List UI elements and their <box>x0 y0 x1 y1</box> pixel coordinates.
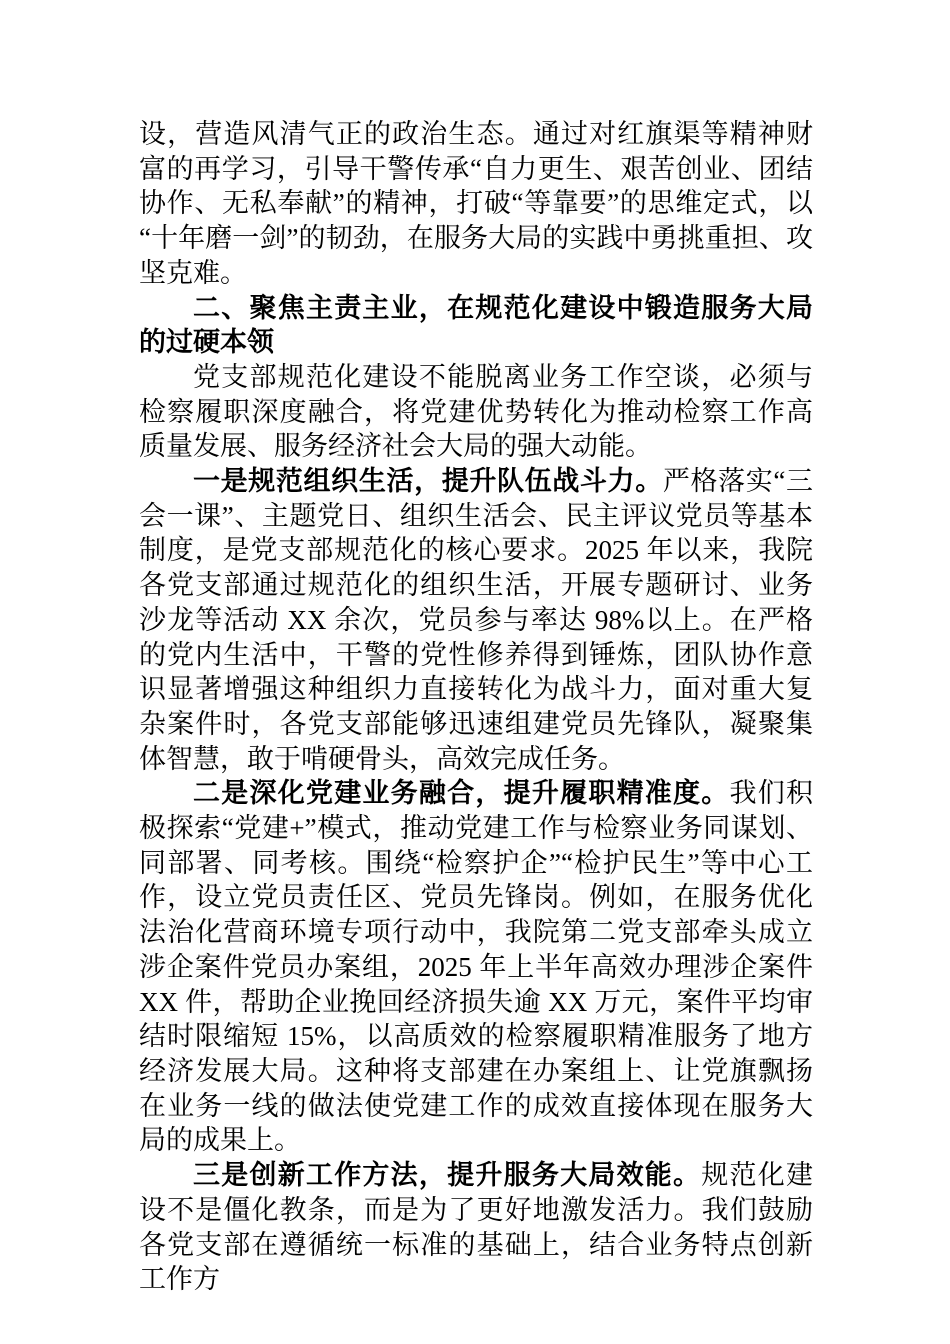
document-page: 设，营造风清气正的政治生态。通过对红旗渠等精神财富的再学习，引导干警传承“自力更… <box>0 0 950 1344</box>
paragraph: 设，营造风清气正的政治生态。通过对红旗渠等精神财富的再学习，引导干警传承“自力更… <box>139 117 813 291</box>
body-text: 党支部规范化建设不能脱离业务工作空谈，必须与检察履职深度融合，将党建优势转化为推… <box>139 362 813 461</box>
section-heading: 二、聚焦主责主业，在规范化建设中锻造服务大局的过硬本领 <box>139 291 813 360</box>
document-body: 设，营造风清气正的政治生态。通过对红旗渠等精神财富的再学习，引导干警传承“自力更… <box>139 117 813 1297</box>
bold-lead-text: 二是深化党建业务融合，提升履职精准度。 <box>193 778 730 808</box>
body-text: 严格落实“三会一课”、主题党日、组织生活会、民主评议党员等基本制度，是党支部规范… <box>139 466 813 774</box>
bold-lead-text: 一是规范组织生活，提升队伍战斗力。 <box>193 466 663 496</box>
bold-lead-text: 二、聚焦主责主业，在规范化建设中锻造服务大局的过硬本领 <box>139 293 813 358</box>
body-text: 设，营造风清气正的政治生态。通过对红旗渠等精神财富的再学习，引导干警传承“自力更… <box>139 119 813 288</box>
paragraph: 一是规范组织生活，提升队伍战斗力。严格落实“三会一课”、主题党日、组织生活会、民… <box>139 464 813 776</box>
paragraph: 三是创新工作方法，提升服务大局效能。规范化建设不是僵化教条，而是为了更好地激发活… <box>139 1158 813 1297</box>
paragraph: 党支部规范化建设不能脱离业务工作空谈，必须与检察履职深度融合，将党建优势转化为推… <box>139 360 813 464</box>
paragraph: 二是深化党建业务融合，提升履职精准度。我们积极探索“党建+”模式，推动党建工作与… <box>139 776 813 1158</box>
body-text: 我们积极探索“党建+”模式，推动党建工作与检察业务同谋划、同部署、同考核。围绕“… <box>139 778 813 1155</box>
bold-lead-text: 三是创新工作方法，提升服务大局效能。 <box>193 1160 701 1190</box>
